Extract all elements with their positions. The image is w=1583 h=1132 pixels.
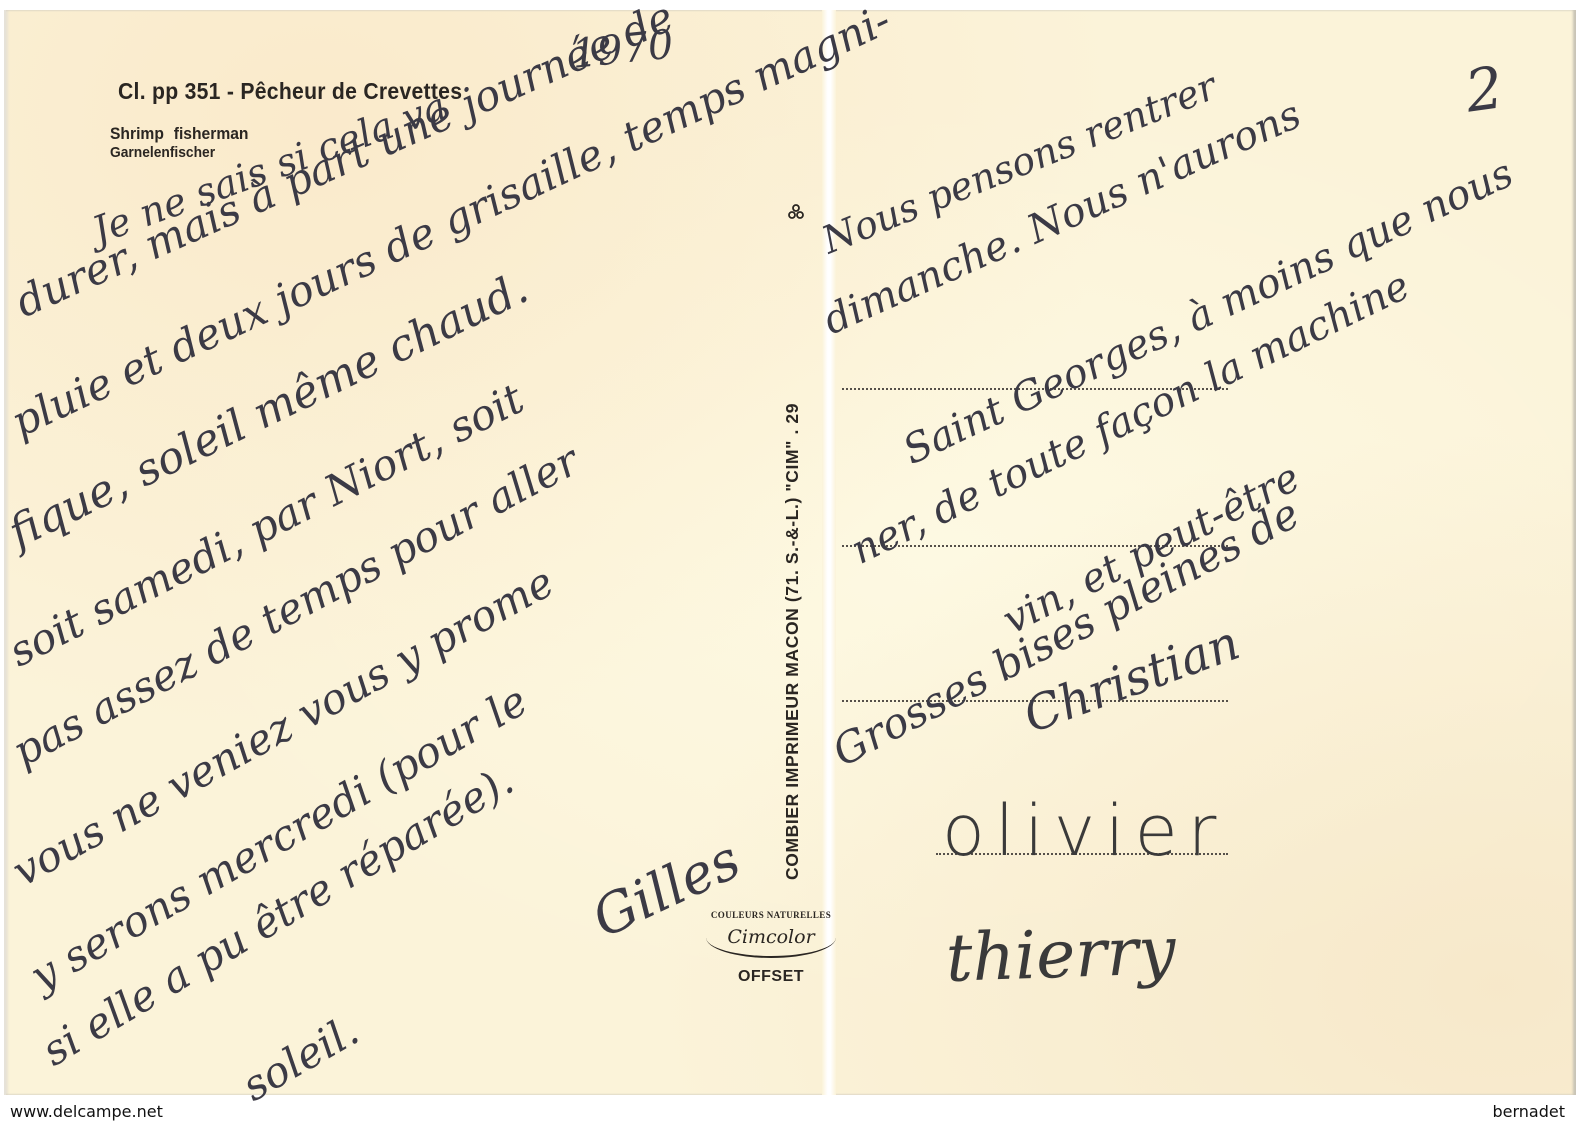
signature-olivier: olivier [942,790,1226,872]
logo-offset-text: OFFSET [686,968,856,986]
message-line: soleil. [234,1006,367,1111]
printer-imprint: COMBIER IMPRIMEUR MACON (71. S.-&-L.) "C… [782,403,803,880]
seller-name[interactable]: bernadet [1492,1102,1565,1121]
signature-thierry: thierry [945,912,1177,997]
message-line: Saint Georges, à moins que nous [896,150,1520,474]
handwritten-page-number: 2 [1461,53,1507,125]
postcard-subtitle-english: Shrimp fisherman [110,124,249,144]
site-watermark[interactable]: www.delcampe.net [10,1102,163,1121]
postcard-back: Cl. pp 351 - Pêcheur de Crevettes Shrimp… [4,10,1576,1095]
logo-brand: Cimcolor [706,922,836,958]
printer-logo: COULEURS NATURELLES Cimcolor OFFSET [686,910,856,1000]
logo-top-text: COULEURS NATURELLES [686,910,856,920]
delcampe-link[interactable]: www.delcampe.net [10,1102,163,1121]
postcard-subtitle-german: Garnelenfischer [110,144,215,161]
printer-logo-icon [788,204,804,220]
